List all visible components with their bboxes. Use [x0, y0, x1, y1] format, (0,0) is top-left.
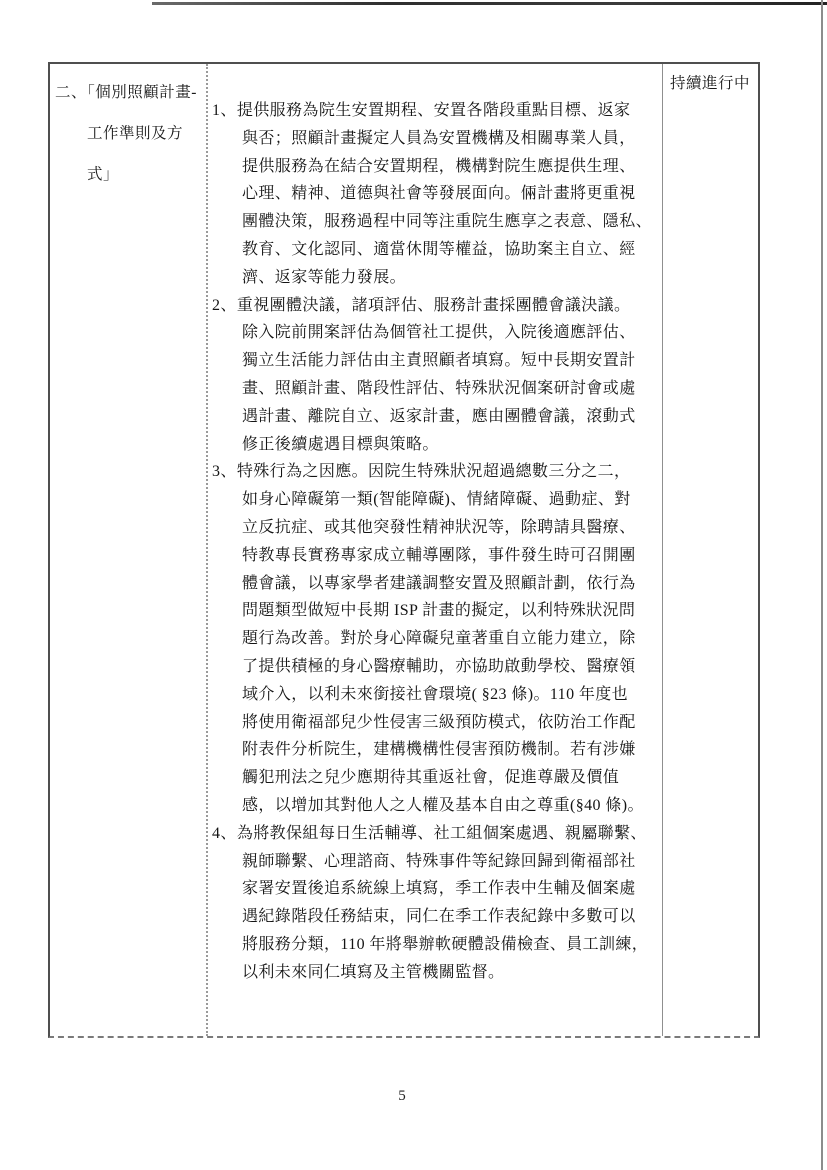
category-line-1: 二、「個別照顧計畫- — [55, 72, 203, 113]
item-text: 特殊行為之因應。因院生特殊狀況超過總數三分之二， 如身心障礙第一類(智能障礙)、… — [237, 463, 644, 814]
work-item-3: 3、特殊行為之因應。因院生特殊狀況超過總數三分之二， 如身心障礙第一類(智能障礙… — [212, 458, 658, 819]
scan-artifact-right-line — [821, 0, 823, 1170]
item-number: 4、 — [212, 825, 237, 842]
work-item-2: 2、重視團體決議，諸項評估、服務計畫採團體會議決議。 除入院前開案評估為個管社工… — [212, 292, 658, 459]
category-line-3: 式」 — [55, 154, 203, 195]
item-number: 1、 — [212, 102, 237, 119]
page-number: 5 — [0, 1088, 804, 1105]
status-cell: 持續進行中 — [663, 64, 758, 1036]
work-items-cell: 1、提供服務為院生安置期程、安置各階段重點目標、返家 與否；照顧計畫擬定人員為安… — [208, 64, 663, 1036]
work-item-4: 4、為將教保組每日生活輔導、社工組個案處遇、親屬聯繫、 親師聯繫、心理諮商、特殊… — [212, 820, 658, 987]
assessment-table: 二、「個別照顧計畫- 工作準則及方 式」 1、提供服務為院生安置期程、安置各階段… — [48, 62, 760, 1038]
item-text: 提供服務為院生安置期程、安置各階段重點目標、返家 與否；照顧計畫擬定人員為安置機… — [237, 102, 652, 286]
item-text: 為將教保組每日生活輔導、社工組個案處遇、親屬聯繫、 親師聯繫、心理諮商、特殊事件… — [237, 825, 648, 981]
item-number: 3、 — [212, 463, 237, 480]
status-text: 持續進行中 — [670, 75, 750, 92]
category-line-2: 工作準則及方 — [55, 113, 203, 154]
item-text: 重視團體決議，諸項評估、服務計畫採團體會議決議。 除入院前開案評估為個管社工提供… — [237, 297, 636, 453]
work-item-1: 1、提供服務為院生安置期程、安置各階段重點目標、返家 與否；照顧計畫擬定人員為安… — [212, 97, 658, 292]
category-cell: 二、「個別照顧計畫- 工作準則及方 式」 — [50, 64, 208, 1036]
scan-artifact-top-line — [152, 2, 827, 5]
item-number: 2、 — [212, 297, 237, 314]
